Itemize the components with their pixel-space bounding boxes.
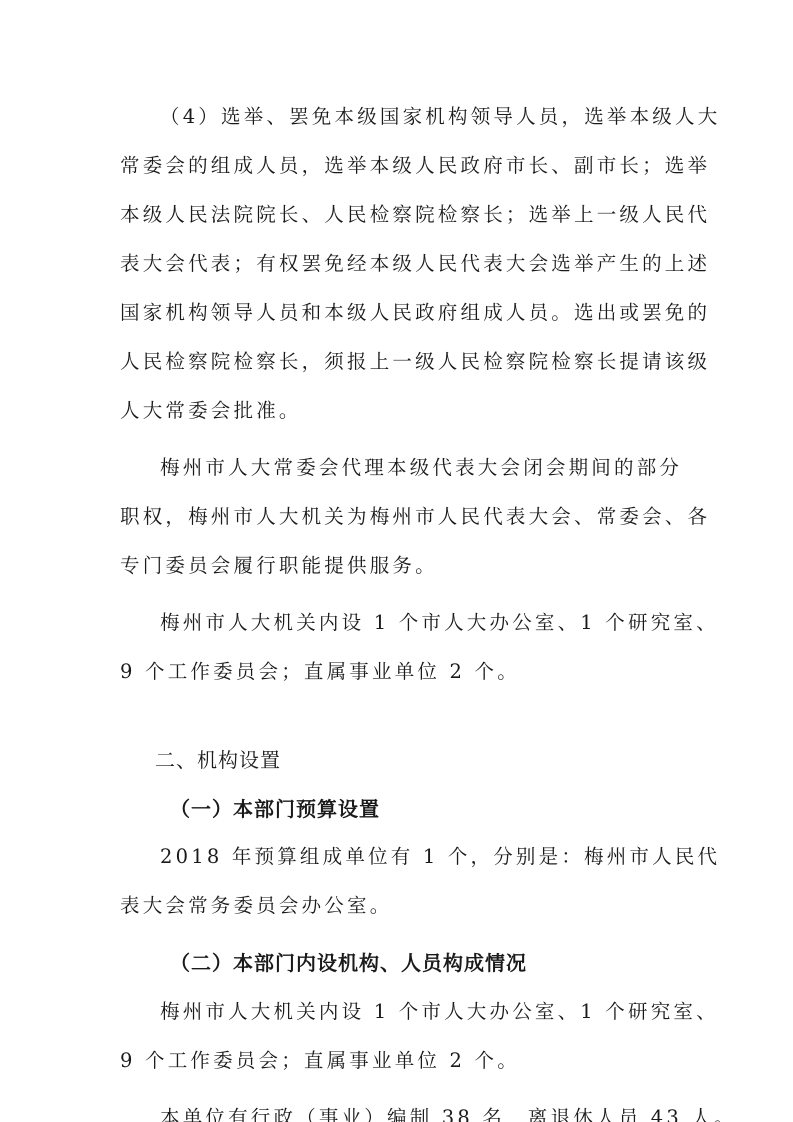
paragraph-1-line-4: 表大会代表；有权罢免经本级人民代表大会选举产生的上述 bbox=[120, 252, 680, 276]
subsection-1-title: （一）本部门预算设置 bbox=[170, 797, 380, 821]
paragraph-3-line-1: 梅州市人大机关内设 1 个市人大办公室、1 个研究室、 bbox=[160, 611, 680, 635]
subsection-2-para-a-line-2: 9 个工作委员会；直属事业单位 2 个。 bbox=[120, 1049, 680, 1073]
subsection-1-line-1: 2018 年预算组成单位有 1 个，分别是：梅州市人民代 bbox=[160, 845, 680, 869]
document-page: （4）选举、罢免本级国家机构领导人员，选举本级人大 常委会的组成人员，选举本级人… bbox=[0, 0, 793, 1122]
paragraph-1-line-3: 本级人民法院院长、人民检察院检察长；选举上一级人民代 bbox=[120, 203, 680, 227]
paragraph-1-line-5: 国家机构领导人员和本级人民政府组成人员。选出或罢免的 bbox=[120, 301, 680, 325]
subsection-2-title: （二）本部门内设机构、人员构成情况 bbox=[170, 951, 527, 975]
paragraph-1-line-2: 常委会的组成人员，选举本级人民政府市长、副市长；选举 bbox=[120, 154, 680, 178]
subsection-2-para-b-line-1: 本单位有行政（事业）编制 38 名，离退休人员 43 人。 bbox=[160, 1106, 680, 1122]
paragraph-2-line-1: 梅州市人大常委会代理本级代表大会闭会期间的部分 bbox=[160, 456, 680, 480]
paragraph-1-line-1: （4）选举、罢免本级国家机构领导人员，选举本级人大 bbox=[160, 105, 680, 129]
paragraph-1-line-7: 人大常委会批准。 bbox=[120, 399, 680, 423]
paragraph-2-line-2: 职权，梅州市人大机关为梅州市人民代表大会、常委会、各 bbox=[120, 505, 680, 529]
section-heading: 二、机构设置 bbox=[155, 748, 281, 772]
paragraph-2-line-3: 专门委员会履行职能提供服务。 bbox=[120, 554, 680, 578]
subsection-2-para-a-line-1: 梅州市人大机关内设 1 个市人大办公室、1 个研究室、 bbox=[160, 1000, 680, 1024]
paragraph-1-line-6: 人民检察院检察长，须报上一级人民检察院检察长提请该级 bbox=[120, 350, 680, 374]
subsection-1-line-2: 表大会常务委员会办公室。 bbox=[120, 894, 680, 918]
paragraph-3-line-2: 9 个工作委员会；直属事业单位 2 个。 bbox=[120, 660, 680, 684]
